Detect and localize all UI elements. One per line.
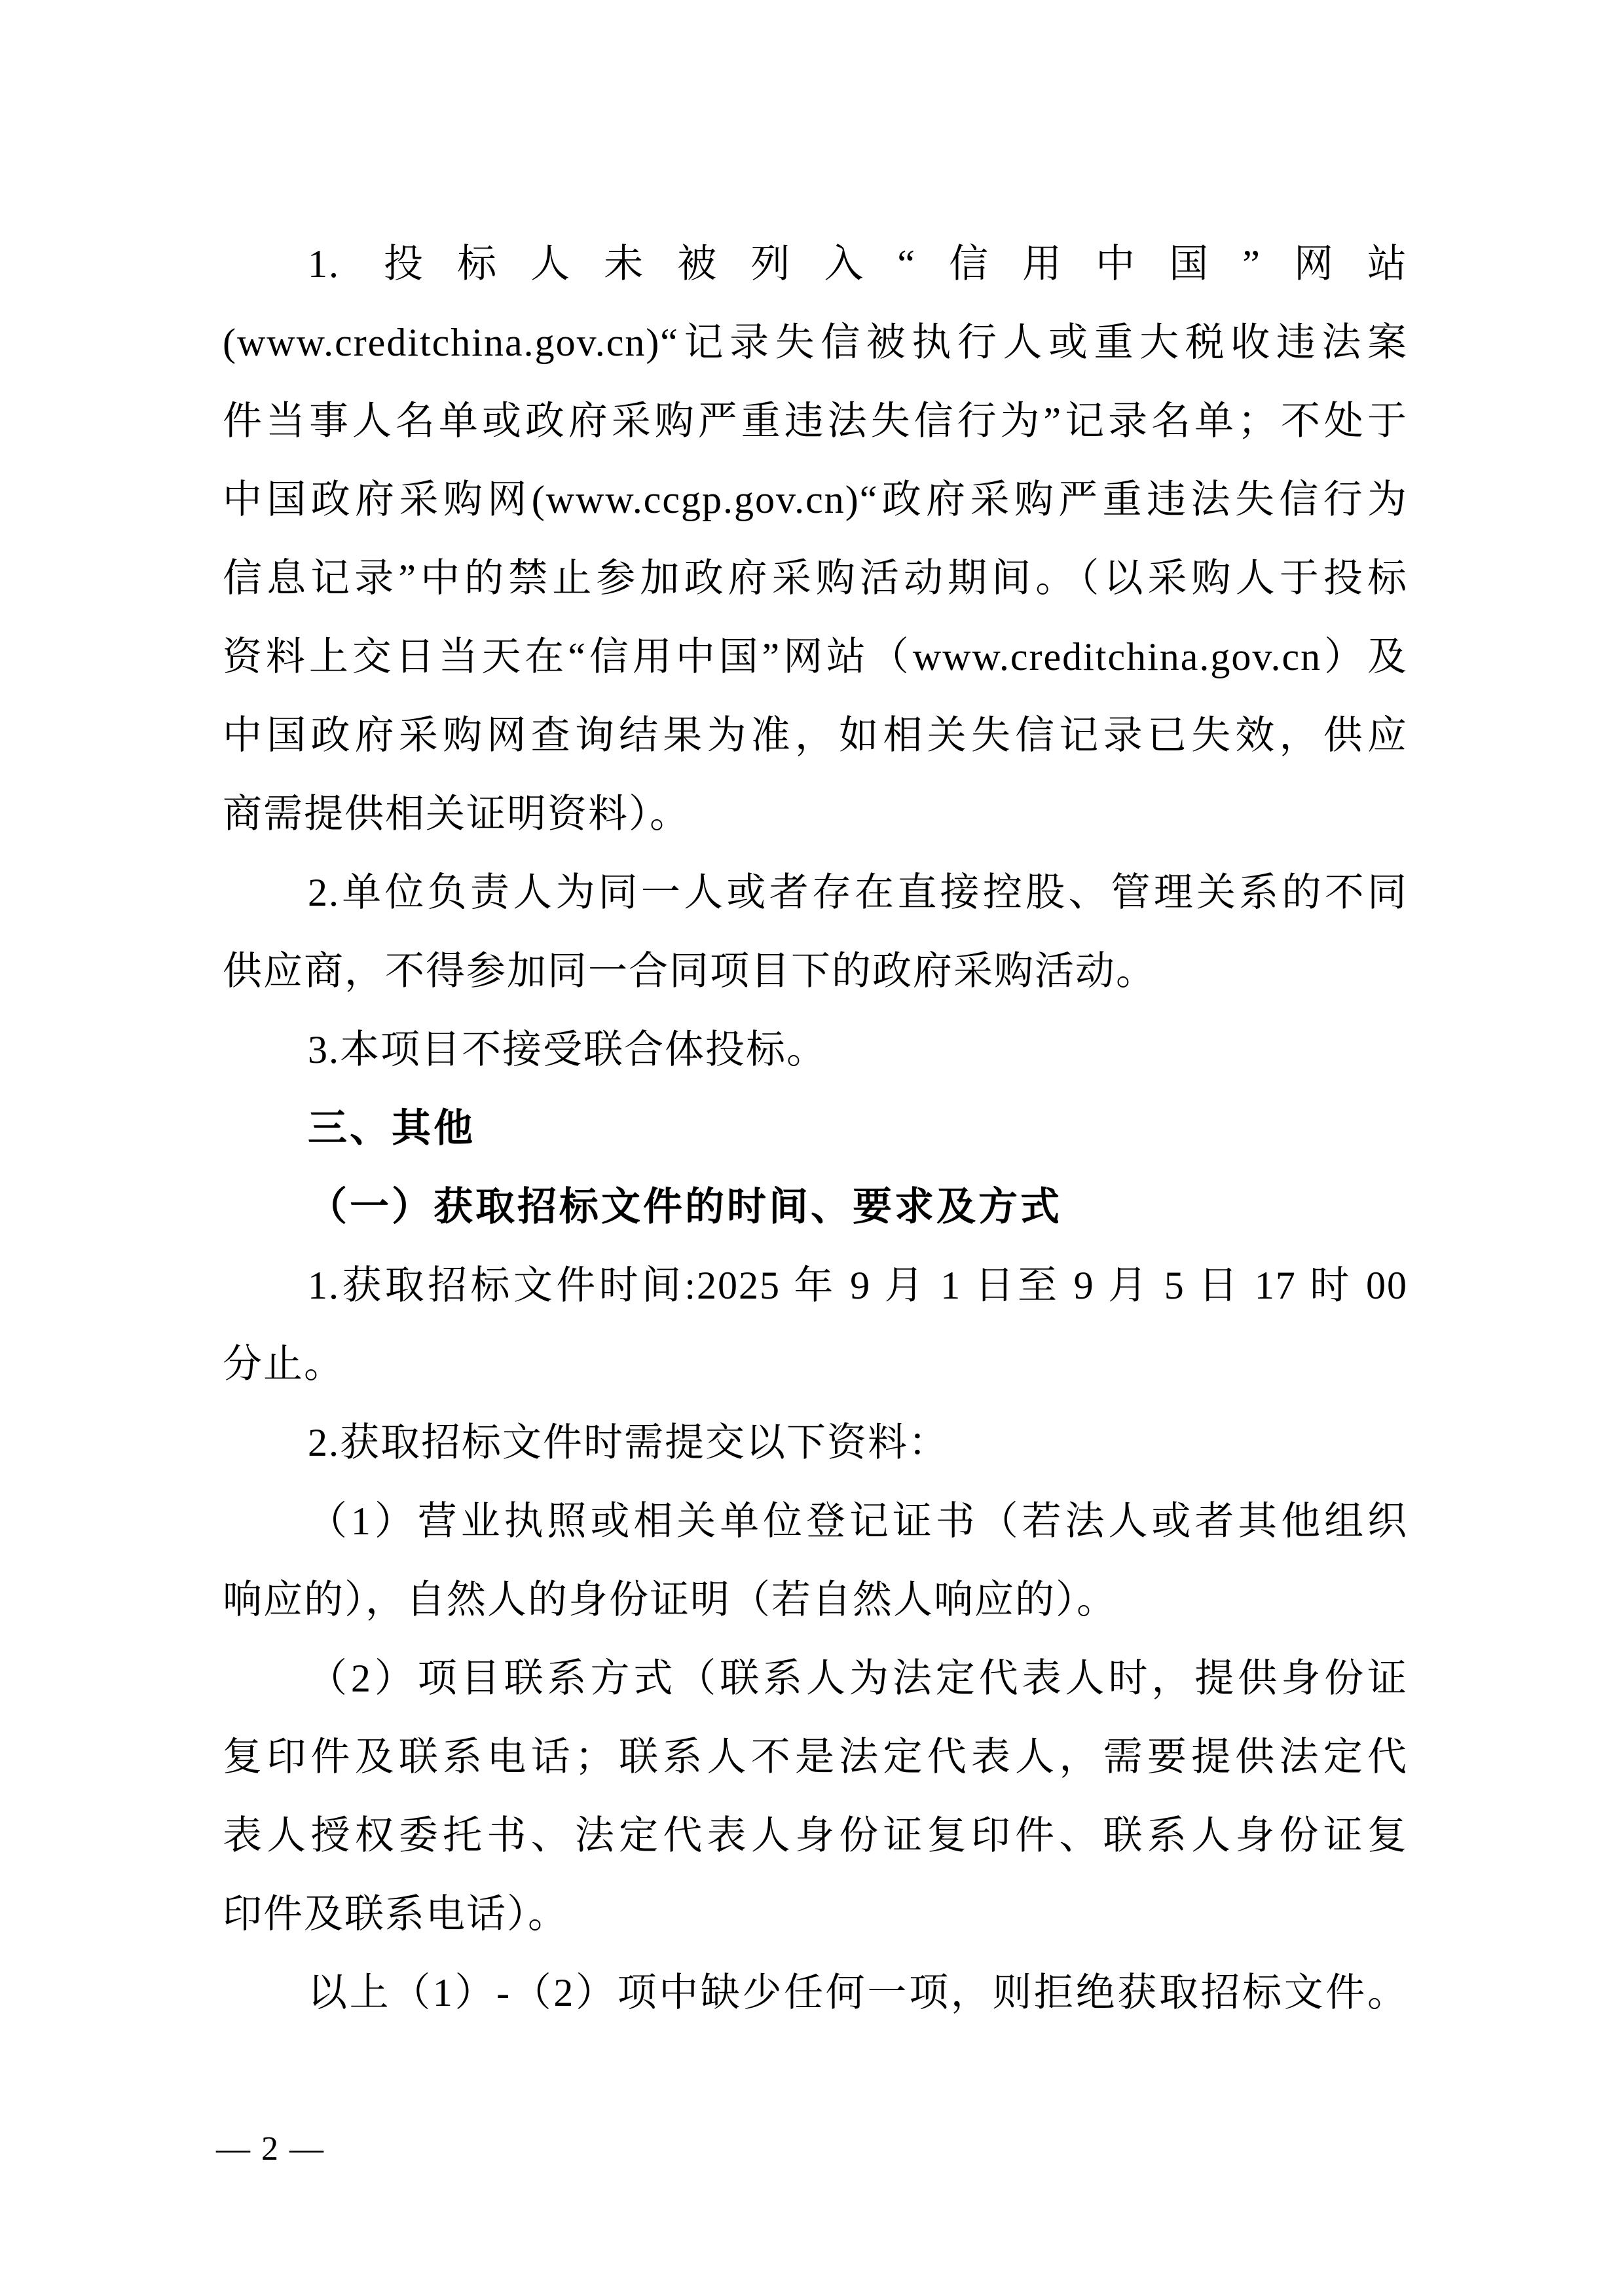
doc-line-20: 复印件及联系电话；联系人不是法定代表人，需要提供法定代 [223,1718,1408,1796]
doc-line-2: (www.creditchina.gov.cn)“记录失信被执行人或重大税收违法… [223,303,1408,382]
heading-subsection-obtain-docs: （一）获取招标文件的时间、要求及方式 [223,1168,1408,1246]
doc-line-22: 印件及联系电话）。 [223,1875,1408,1953]
doc-line-16: 2.获取招标文件时需提交以下资料： [223,1403,1408,1482]
doc-line-21: 表人授权委托书、法定代表人身份证复印件、联系人身份证复 [223,1796,1408,1875]
doc-line-6: 资料上交日当天在“信用中国”网站（www.creditchina.gov.cn）… [223,618,1408,696]
doc-line-17: （1）营业执照或相关单位登记证书（若法人或者其他组织 [223,1482,1408,1561]
doc-line-23: 以上（1）-（2）项中缺少任何一项，则拒绝获取招标文件。 [223,1953,1408,2032]
doc-line-9: 2.单位负责人为同一人或者存在直接控股、管理关系的不同 [223,853,1408,932]
doc-line-11: 3.本项目不接受联合体投标。 [223,1010,1408,1089]
doc-line-10: 供应商，不得参加同一合同项目下的政府采购活动。 [223,932,1408,1010]
doc-line-7: 中国政府采购网查询结果为准，如相关失信记录已失效，供应 [223,696,1408,775]
doc-line-19: （2）项目联系方式（联系人为法定代表人时，提供身份证 [223,1639,1408,1718]
doc-line-18: 响应的），自然人的身份证明（若自然人响应的）。 [223,1561,1408,1639]
doc-line-14: 1.获取招标文件时间:2025 年 9 月 1 日至 9 月 5 日 17 时 … [223,1246,1408,1325]
doc-line-15: 分止。 [223,1325,1408,1403]
doc-line-4: 中国政府采购网(www.ccgp.gov.cn)“政府采购严重违法失信行为 [223,460,1408,539]
doc-line-1: 1. 投标人未被列入“信用中国”网站 [223,225,1408,303]
doc-line-8: 商需提供相关证明资料）。 [223,775,1408,853]
doc-line-5: 信息记录”中的禁止参加政府采购活动期间。（以采购人于投标 [223,539,1408,618]
document-body: 1. 投标人未被列入“信用中国”网站 (www.creditchina.gov.… [223,225,1408,2032]
heading-section-other: 三、其他 [223,1089,1408,1168]
page-number: — 2 — [216,2130,325,2169]
document-page: 1. 投标人未被列入“信用中国”网站 (www.creditchina.gov.… [0,0,1624,2292]
doc-line-3: 件当事人名单或政府采购严重违法失信行为”记录名单；不处于 [223,382,1408,460]
